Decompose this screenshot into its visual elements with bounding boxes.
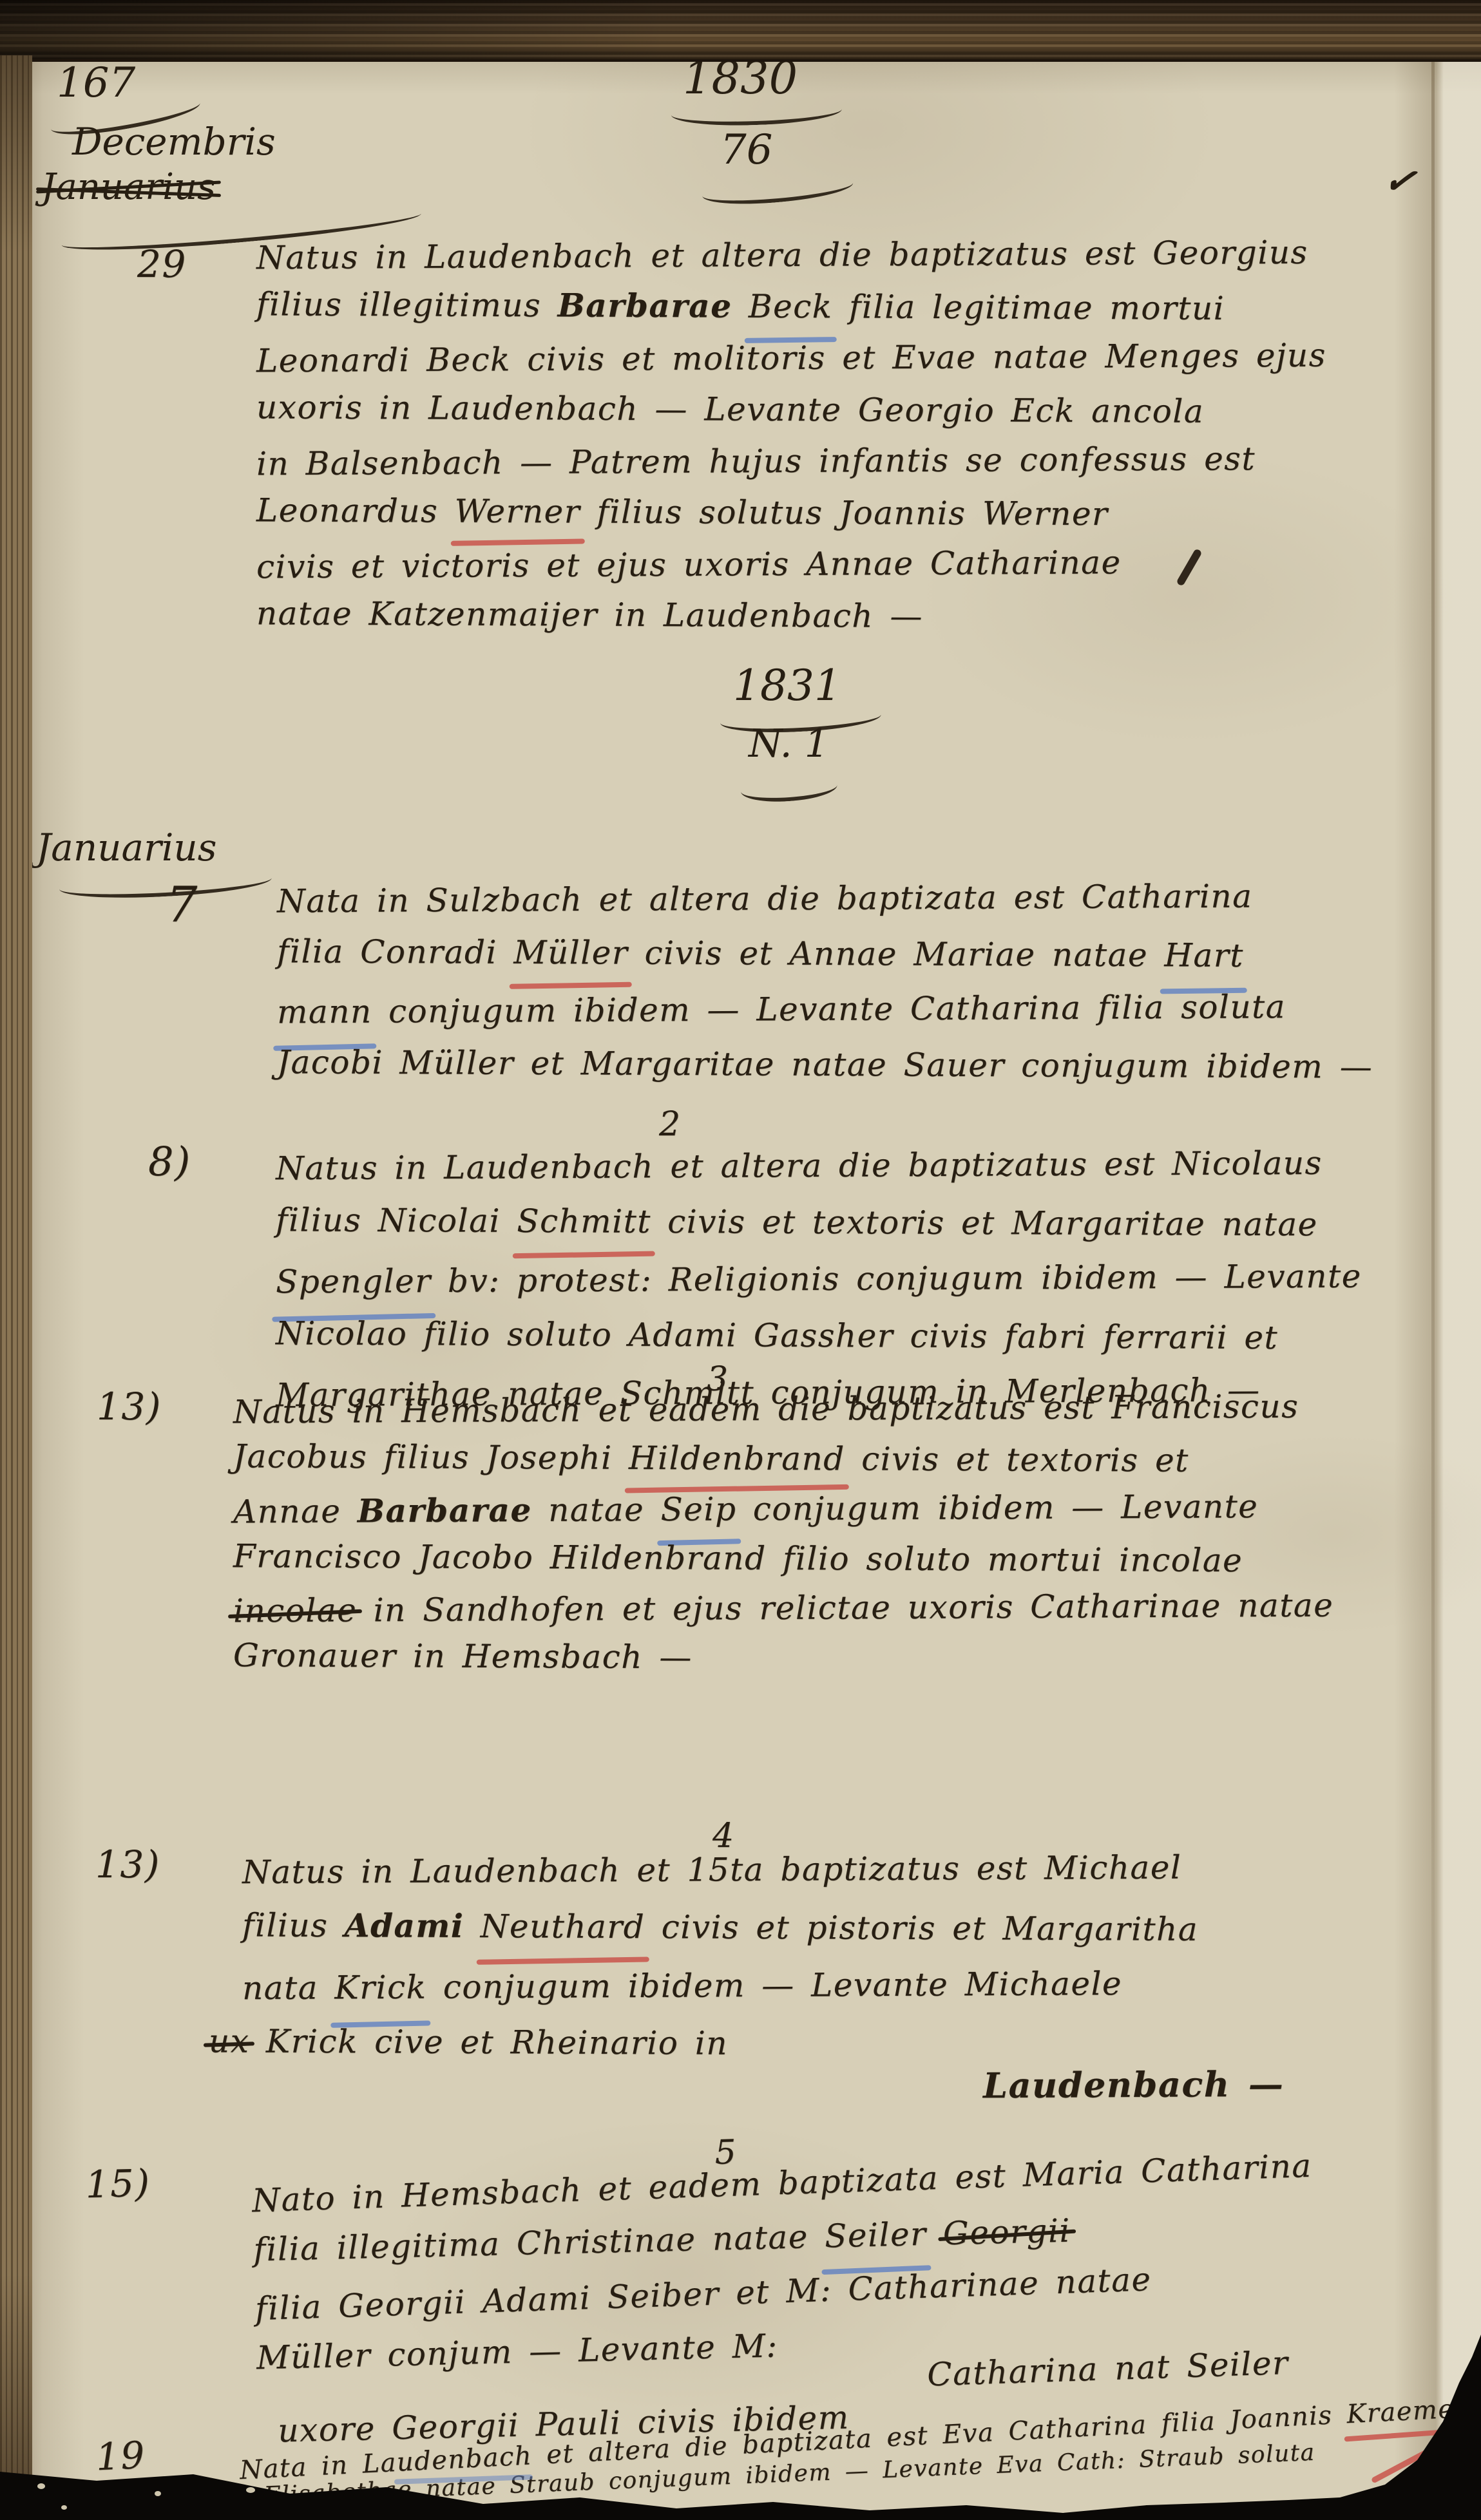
entry-line: Natus in Hemsbach et eadem die baptizatu… <box>233 1382 1334 1437</box>
text-segment: Francisco Jacobo Hildenbrand filio solut… <box>233 1537 1243 1579</box>
entry-line: Annae Barbarae natae Seip conjugum ibide… <box>233 1481 1334 1537</box>
page-fold-line <box>1431 55 1435 2245</box>
text-segment: civis et Annae Mariae natae <box>628 934 1164 974</box>
margin-day-number: 29 <box>137 238 187 290</box>
entry-line: filius illegitimus Barbarae Beck filia l… <box>256 278 1326 334</box>
register-entry: 13) 4 Natus in Laudenbach et 15ta baptiz… <box>242 1841 1284 2114</box>
entry-line: Natus in Laudenbach et altera die baptiz… <box>276 1135 1362 1197</box>
text-segment: natae <box>532 1491 661 1529</box>
entry-line: Nata in Sulzbach et altera die baptizata… <box>277 868 1373 929</box>
margin-day-number: 19 <box>95 2437 146 2475</box>
margin-day-number: 8) <box>148 1133 191 1190</box>
year-1831: 1831 <box>733 661 841 710</box>
entry-line: filius Adami Neuthard civis et pistoris … <box>242 1896 1285 1958</box>
text-segment: Natus in Laudenbach et altera die baptiz… <box>256 234 1308 277</box>
margin-day-number: 13) <box>95 1835 160 1893</box>
entry-sequence-number: 5 <box>714 2125 738 2180</box>
text-segment: Natus in Laudenbach et altera die baptiz… <box>276 1144 1323 1188</box>
text-segment: Gronauer in Hemsbach — <box>233 1636 693 1676</box>
stage: 167 Decembris Januarius 1830 76 1831 N. … <box>0 0 1481 2520</box>
margin-day-number: 15) <box>84 2155 151 2212</box>
underlined-name: mann <box>277 984 372 1040</box>
entry-line: filius Nicolai Schmitt civis et textoris… <box>276 1191 1362 1253</box>
underlined-name: Hildenbrand <box>629 1434 845 1484</box>
margin-day-number: 7 <box>166 877 198 933</box>
text-segment: Leonardi Beck civis et molitoris et Evae… <box>256 337 1326 380</box>
entry-sequence-number: 3 <box>707 1355 729 1405</box>
struck-word: Georgii <box>942 2204 1071 2261</box>
register-entry: 8) 2 Natus in Laudenbach et altera die b… <box>276 1137 1362 1421</box>
entry-text: Natus in Hemsbach et eadem die baptizatu… <box>233 1385 1333 1683</box>
entry-line: natae Katzenmaijer in Laudenbach — <box>256 587 1326 643</box>
text-segment: filius <box>242 1906 345 1944</box>
underlined-name: Werner <box>454 486 580 538</box>
underlined-name: Neuthard <box>481 1897 645 1956</box>
entry-count-76: 76 <box>720 126 772 174</box>
text-segment: filius solutus Joannis Werner <box>580 493 1109 533</box>
underlined-name: Spengler <box>276 1253 432 1310</box>
text-segment: Jacobi Müller et Margaritae natae Sauer … <box>277 1043 1373 1085</box>
entry-text: Natus in Laudenbach et altera die baptiz… <box>276 1137 1362 1421</box>
text-segment: Jacobus filius Josephi <box>233 1437 629 1477</box>
paper-speck <box>246 2487 255 2493</box>
struck-month-word: Januarius <box>41 166 216 208</box>
book-binding <box>0 55 32 2520</box>
register-entry: 29 Natus in Laudenbach et altera die bap… <box>256 229 1326 641</box>
text-segment: Laudenbach — <box>983 2063 1285 2106</box>
text-segment: Barbarae <box>557 286 732 325</box>
register-entry: 7 Nata in Sulzbach et altera die baptiza… <box>277 871 1373 1092</box>
entry-line: in Balsenbach — Patrem hujus infantis se… <box>256 433 1326 490</box>
entry-line: Leonardi Beck civis et molitoris et Evae… <box>256 330 1326 387</box>
text-segment: uxoris in Laudenbach — Levante Georgio E… <box>256 388 1204 430</box>
struck-word: ux <box>209 2012 250 2070</box>
entry-line: Spengler bv: protest: Religionis conjugu… <box>276 1248 1362 1311</box>
underlined-name: Seiler <box>824 2207 927 2264</box>
paper-speck <box>61 2505 67 2510</box>
entry-line: Francisco Jacobo Hildenbrand filio solut… <box>233 1531 1334 1586</box>
text-segment: civis et textoris et <box>845 1440 1189 1479</box>
month-heading-january: Januarius <box>36 826 217 869</box>
paper-speck <box>155 2491 161 2496</box>
text-segment: conjugum ibidem — Levante Catharina fili… <box>372 988 1286 1030</box>
struck-word: incolae <box>233 1586 358 1636</box>
text-segment: nata <box>242 1969 335 2007</box>
underlined-name: Hart <box>1164 927 1244 983</box>
text-segment: Nicolao filio soluto Adami Gassher civis… <box>276 1314 1278 1356</box>
entry-line: Natus in Laudenbach et 15ta baptizatus e… <box>242 1838 1285 1901</box>
margin-day-number: 13) <box>97 1382 162 1432</box>
underlined-name: Müller <box>513 925 628 981</box>
text-segment: in Sandhofen et ejus relictae uxoris Cat… <box>357 1587 1333 1629</box>
entry-line: Natus in Laudenbach et altera die baptiz… <box>256 227 1326 284</box>
entry-line: filia Conradi Müller civis et Annae Mari… <box>277 924 1373 983</box>
text-segment: Barbarae <box>358 1491 532 1530</box>
paper-speck <box>37 2483 45 2489</box>
entry-text: Natus in Laudenbach et altera die baptiz… <box>256 229 1326 641</box>
text-segment: Natus in Hemsbach et eadem die baptizatu… <box>233 1388 1299 1431</box>
text-segment: Annae <box>233 1492 358 1530</box>
entry-line: incolae in Sandhofen et ejus relictae ux… <box>233 1581 1334 1636</box>
text-segment <box>926 2215 944 2253</box>
text-segment: Müller conjum — Levante M: <box>256 2327 778 2376</box>
register-entry: 13) 3 Natus in Hemsbach et eadem die bap… <box>233 1385 1333 1683</box>
entry-text: Natus in Laudenbach et 15ta baptizatus e… <box>242 1841 1284 2114</box>
entry-line: mann conjugum ibidem — Levante Catharina… <box>277 979 1373 1040</box>
text-segment <box>732 288 749 325</box>
struck-month: Januarius <box>41 166 216 208</box>
text-segment: Nata in Sulzbach et altera die baptizata… <box>277 878 1253 920</box>
text-segment: filius Nicolai <box>276 1201 517 1240</box>
text-segment: filia legitimae mortui <box>832 288 1225 327</box>
text-segment: conjugum ibidem — Levante Michaele <box>426 1965 1122 2006</box>
entry-line: uxoris in Laudenbach — Levante Georgio E… <box>256 381 1326 437</box>
text-segment: in Balsenbach — Patrem hujus infantis se… <box>256 440 1256 482</box>
entry-line: Leonardus Werner filius solutus Joannis … <box>256 484 1326 540</box>
underlined-name: Beck <box>749 281 833 333</box>
entry-line: civis et victoris et ejus uxoris Annae C… <box>256 536 1326 593</box>
entry-text: Nata in Sulzbach et altera die baptizata… <box>277 871 1373 1092</box>
text-segment: filius illegitimus <box>256 285 558 324</box>
entry-line: Jacobus filius Josephi Hildenbrand civis… <box>233 1432 1334 1486</box>
text-segment: filia illegitima Christinae natae <box>253 2218 825 2269</box>
entry-line: nata Krick conjugum ibidem — Levante Mic… <box>242 1954 1285 2017</box>
text-segment: bv: protest: Religionis conjugum ibidem … <box>431 1258 1361 1300</box>
book-top-edge <box>0 0 1481 62</box>
entry-line: Laudenbach — <box>983 2055 1285 2114</box>
text-segment: Leonardus <box>256 491 455 529</box>
entry-sequence-number: 2 <box>659 1096 682 1153</box>
text-segment: civis et textoris et Margaritae natae <box>651 1203 1318 1244</box>
entry-sequence-number: 4 <box>712 1807 735 1865</box>
underlined-name: Schmitt <box>517 1193 651 1250</box>
underlined-name: Seip <box>660 1484 736 1535</box>
entry-line: Gronauer in Hemsbach — <box>233 1631 1334 1685</box>
entry-line: Jacobi Müller et Margaritae natae Sauer … <box>277 1034 1373 1094</box>
entry-label-n1: N. 1 <box>749 721 829 766</box>
text-segment <box>464 1908 481 1945</box>
text-segment: conjugum ibidem — Levante <box>736 1488 1258 1528</box>
text-segment: Krick cive et Rheinario in <box>249 2023 728 2062</box>
text-segment: filia Conradi <box>277 933 514 971</box>
text-segment: civis et victoris et ejus uxoris Annae C… <box>256 544 1122 585</box>
text-segment: natae Katzenmaijer in Laudenbach — <box>256 594 923 635</box>
text-segment: civis et pistoris et Margaritha <box>645 1908 1198 1948</box>
underlined-name: Krick <box>334 1958 427 2017</box>
month-heading-december: Decembris <box>72 120 276 164</box>
entry-line: Nicolao filio soluto Adami Gassher civis… <box>276 1305 1362 1366</box>
text-segment: Adami <box>345 1906 464 1945</box>
page-number: 167 <box>57 59 135 107</box>
